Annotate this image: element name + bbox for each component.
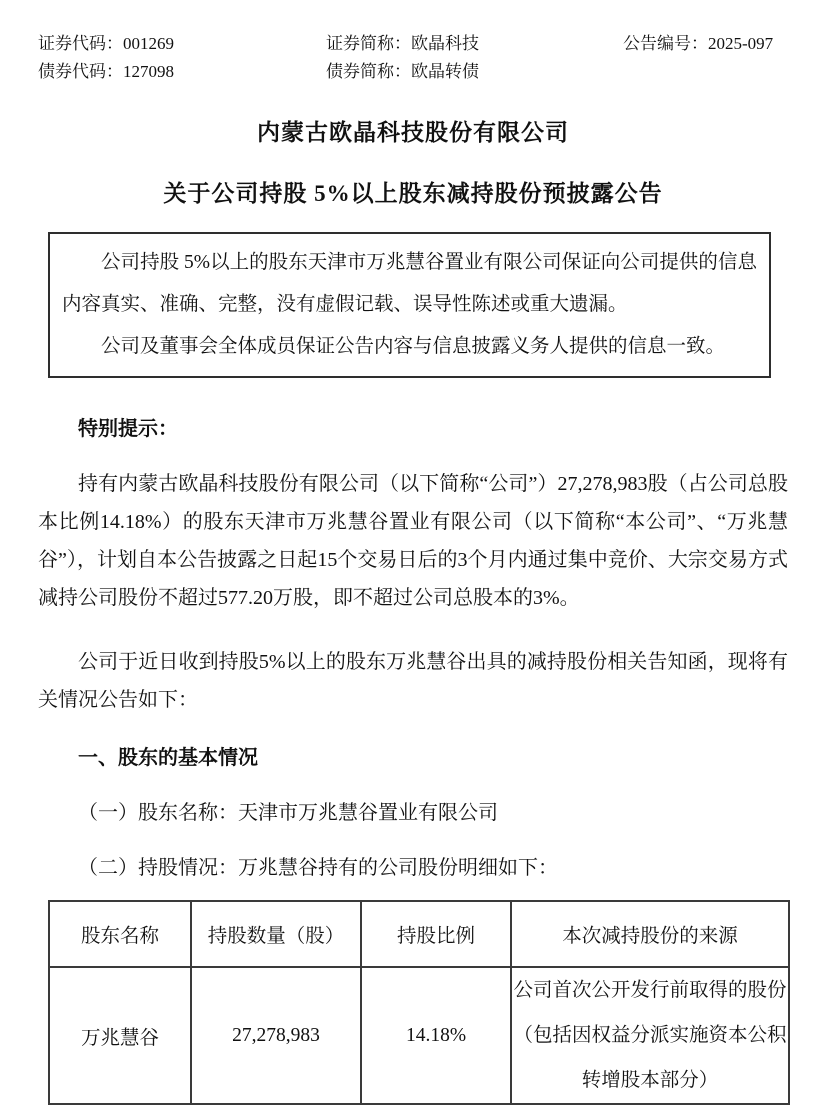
announcement-title: 关于公司持股 5%以上股东减持股份预披露公告 xyxy=(38,175,788,208)
table-header-shareholder: 股东名称 xyxy=(49,901,191,967)
document-content: 证券代码：001269 证券简称：欧晶科技 公告编号：2025-097 债券代码… xyxy=(38,0,788,1105)
company-title: 内蒙古欧晶科技股份有限公司 xyxy=(38,114,788,147)
table-header-row: 股东名称 持股数量（股） 持股比例 本次减持股份的来源 xyxy=(49,901,789,967)
document-page: 证券代码：001269 证券简称：欧晶科技 公告编号：2025-097 债券代码… xyxy=(0,0,823,1116)
table-header-share-count: 持股数量（股） xyxy=(191,901,361,967)
shareholding-item: （二）持股情况：万兆慧谷持有的公司股份明细如下： xyxy=(38,851,788,880)
doc-header: 证券代码：001269 证券简称：欧晶科技 公告编号：2025-097 债券代码… xyxy=(38,0,788,86)
doc-header-spacer xyxy=(623,58,788,86)
table-row: 万兆慧谷 27,278,983 14.18% 公司首次公开发行前取得的股份（包括… xyxy=(49,967,789,1104)
bond-short-name: 债券简称：欧晶转债 xyxy=(326,58,623,86)
table-header-share-source: 本次减持股份的来源 xyxy=(511,901,789,967)
cell-shareholder-name: 万兆慧谷 xyxy=(49,967,191,1104)
shareholder-name-item: （一）股东名称：天津市万兆慧谷置业有限公司 xyxy=(38,796,788,825)
statement-para-1: 公司持股 5%以上的股东天津市万兆慧谷置业有限公司保证向公司提供的信息内容真实、… xyxy=(62,242,757,326)
bond-code: 债券代码：127098 xyxy=(38,58,326,86)
table-header-share-ratio: 持股比例 xyxy=(361,901,511,967)
holdings-table: 股东名称 持股数量（股） 持股比例 本次减持股份的来源 万兆慧谷 27,278,… xyxy=(48,900,790,1105)
doc-header-row-2: 债券代码：127098 债券简称：欧晶转债 xyxy=(38,58,788,86)
notice-followup-para: 公司于近日收到持股5%以上的股东万兆慧谷出具的减持股份相关告知函，现将有关情况公… xyxy=(38,643,788,719)
cell-share-count: 27,278,983 xyxy=(191,967,361,1104)
announcement-number: 公告编号：2025-097 xyxy=(623,30,788,58)
special-notice-para: 持有内蒙古欧晶科技股份有限公司（以下简称“公司”）27,278,983股（占公司… xyxy=(38,465,788,617)
special-notice-heading: 特别提示： xyxy=(38,412,788,441)
section-1-heading: 一、股东的基本情况 xyxy=(38,741,788,770)
stock-code: 证券代码：001269 xyxy=(38,30,326,58)
statement-para-2: 公司及董事会全体成员保证公告内容与信息披露义务人提供的信息一致。 xyxy=(62,326,757,368)
stock-short-name: 证券简称：欧晶科技 xyxy=(326,30,623,58)
cell-share-source: 公司首次公开发行前取得的股份（包括因权益分派实施资本公积转增股本部分） xyxy=(511,967,789,1104)
statement-box: 公司持股 5%以上的股东天津市万兆慧谷置业有限公司保证向公司提供的信息内容真实、… xyxy=(48,232,771,378)
doc-header-row-1: 证券代码：001269 证券简称：欧晶科技 公告编号：2025-097 xyxy=(38,30,788,58)
cell-share-ratio: 14.18% xyxy=(361,967,511,1104)
